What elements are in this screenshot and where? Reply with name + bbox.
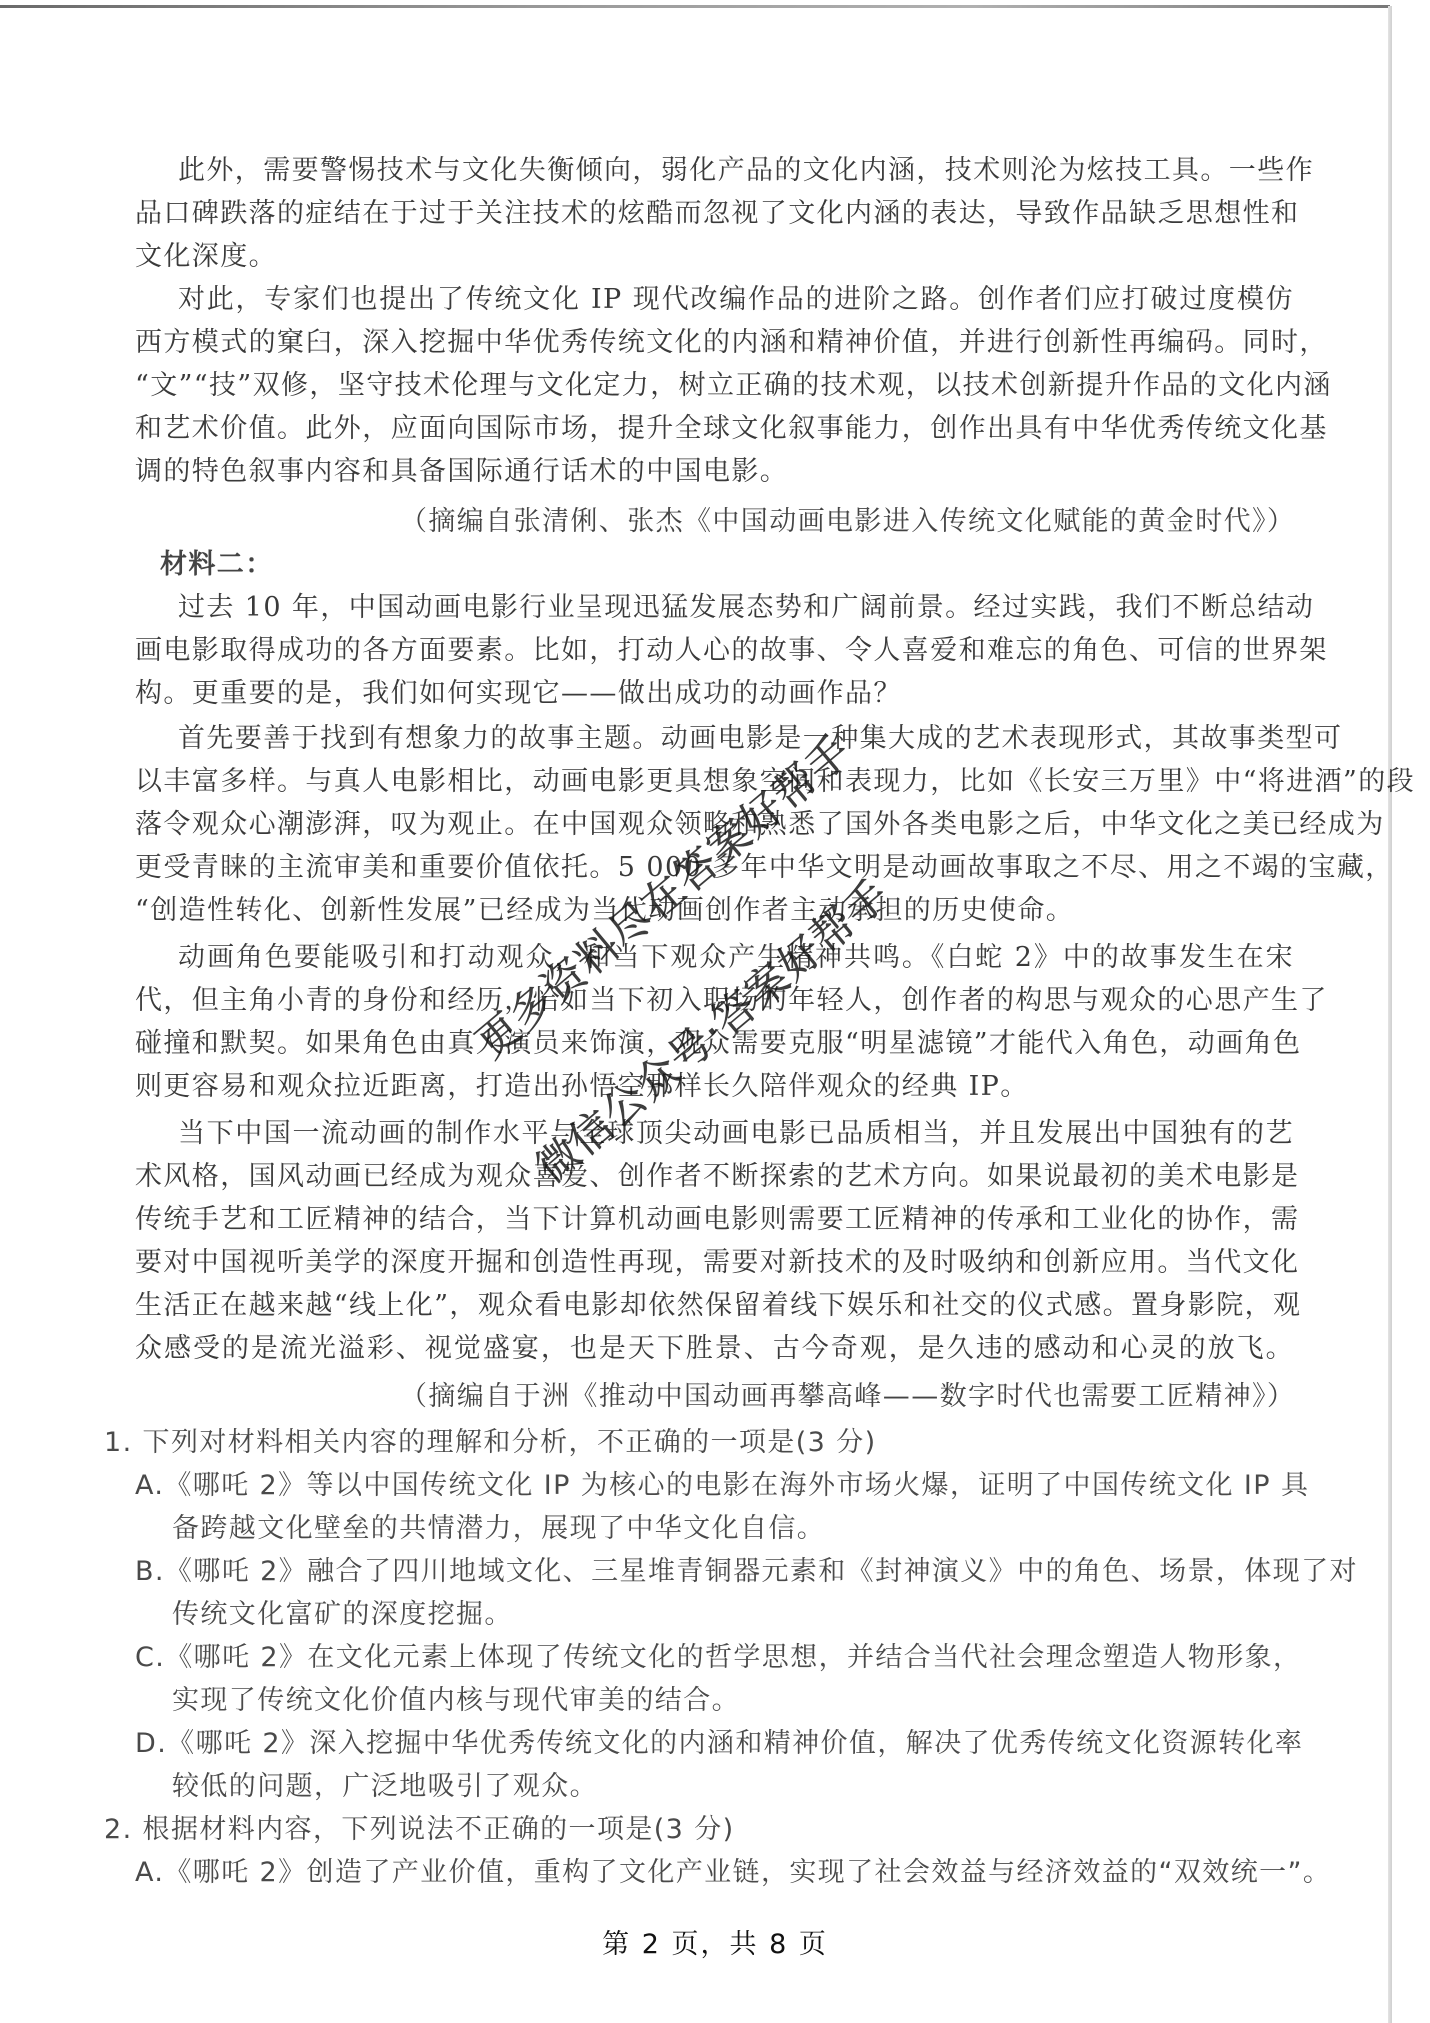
paragraph-line: 调的特色叙事内容和具备国际通行话术的中国电影。	[135, 455, 788, 489]
paragraph-line: 生活正在越来越“线上化”，观众看电影却依然保留着线下娱乐和社交的仪式感。置身影院…	[135, 1289, 1294, 1323]
option-c-continued: 实现了传统文化价值内核与现代审美的结合。	[172, 1684, 740, 1718]
option-a: A.《哪吒 2》创造了产业价值，重构了文化产业链，实现了社会效益与经济效益的“双…	[135, 1856, 1294, 1890]
paragraph-line: 对此，专家们也提出了传统文化 IP 现代改编作品的进阶之路。创作者们应打破过度模…	[178, 283, 1294, 317]
source-citation: （摘编自于洲《推动中国动画再攀高峰——数字时代也需要工匠精神》）	[400, 1380, 1294, 1414]
paragraph-line: 则更容易和观众拉近距离，打造出孙悟空那样长久陪伴观众的经典 IP。	[135, 1070, 1029, 1104]
paragraph-line: 此外，需要警惕技术与文化失衡倾向，弱化产品的文化内涵，技术则沦为炫技工具。一些作	[178, 154, 1294, 188]
paragraph-line: 构。更重要的是，我们如何实现它——做出成功的动画作品？	[135, 677, 902, 711]
scan-top-border	[0, 5, 1390, 8]
paragraph-line: 传统手艺和工匠精神的结合，当下计算机动画电影则需要工匠精神的传承和工业化的协作，…	[135, 1203, 1294, 1237]
option-d: D.《哪吒 2》深入挖掘中华优秀传统文化的内涵和精神价值，解决了优秀传统文化资源…	[135, 1727, 1294, 1761]
option-d-continued: 较低的问题，广泛地吸引了观众。	[172, 1770, 598, 1804]
paragraph-line: “文”“技”双修，坚守技术伦理与文化定力，树立正确的技术观，以技术创新提升作品的…	[135, 369, 1294, 403]
exam-page: 此外，需要警惕技术与文化失衡倾向，弱化产品的文化内涵，技术则沦为炫技工具。一些作…	[0, 0, 1430, 2023]
paragraph-line: 画电影取得成功的各方面要素。比如，打动人心的故事、令人喜爱和难忘的角色、可信的世…	[135, 634, 1294, 668]
paragraph-line: 动画角色要能吸引和打动观众，和当下观众产生精神共鸣。《白蛇 2》中的故事发生在宋	[178, 941, 1294, 975]
paragraph-line: 术风格，国风动画已经成为观众喜爱、创作者不断探索的艺术方向。如果说最初的美术电影…	[135, 1160, 1294, 1194]
question-stem: 2. 根据材料内容，下列说法不正确的一项是(3 分)	[104, 1813, 735, 1847]
paragraph-line: 更受青睐的主流审美和重要价值依托。5 000 多年中华文明是动画故事取之不尽、用…	[135, 851, 1294, 885]
option-b: B.《哪吒 2》融合了四川地域文化、三星堆青铜器元素和《封神演义》中的角色、场景…	[135, 1555, 1294, 1589]
paragraph-line: 碰撞和默契。如果角色由真人演员来饰演，观众需要克服“明星滤镜”才能代入角色，动画…	[135, 1027, 1294, 1061]
question-stem: 1. 下列对材料相关内容的理解和分析，不正确的一项是(3 分)	[104, 1426, 877, 1460]
paragraph-line: 当下中国一流动画的制作水平与全球顶尖动画电影已品质相当，并且发展出中国独有的艺	[178, 1117, 1294, 1151]
paragraph-line: 西方模式的窠臼，深入挖掘中华优秀传统文化的内涵和精神价值，并进行创新性再编码。同…	[135, 326, 1294, 360]
section-heading: 材料二：	[160, 548, 274, 582]
paragraph-line: 首先要善于找到有想象力的故事主题。动画电影是一种集大成的艺术表现形式，其故事类型…	[178, 722, 1294, 756]
paragraph-line: 代，但主角小青的身份和经历，恰如当下初入职场的年轻人，创作者的构思与观众的心思产…	[135, 984, 1294, 1018]
source-citation: （摘编自张清俐、张杰《中国动画电影进入传统文化赋能的黄金时代》）	[400, 505, 1294, 539]
option-a: A.《哪吒 2》等以中国传统文化 IP 为核心的电影在海外市场火爆，证明了中国传…	[135, 1469, 1294, 1503]
page-number-footer: 第 2 页，共 8 页	[0, 1922, 1430, 1961]
scan-margin	[1392, 0, 1430, 2023]
paragraph-line: “创造性转化、创新性发展”已经成为当代动画创作者主动承担的历史使命。	[135, 894, 1074, 928]
option-a-continued: 备跨越文化壁垒的共情潜力，展现了中华文化自信。	[172, 1512, 825, 1546]
paragraph-line: 品口碑跌落的症结在于过于关注技术的炫酷而忽视了文化内涵的表达，导致作品缺乏思想性…	[135, 197, 1294, 231]
option-c: C.《哪吒 2》在文化元素上体现了传统文化的哲学思想，并结合当代社会理念塑造人物…	[135, 1641, 1294, 1675]
paragraph-line: 和艺术价值。此外，应面向国际市场，提升全球文化叙事能力，创作出具有中华优秀传统文…	[135, 412, 1294, 446]
paragraph-line: 文化深度。	[135, 240, 277, 274]
paragraph-line: 要对中国视听美学的深度开掘和创造性再现，需要对新技术的及时吸纳和创新应用。当代文…	[135, 1246, 1294, 1280]
paragraph-line: 过去 10 年，中国动画电影行业呈现迅猛发展态势和广阔前景。经过实践，我们不断总…	[178, 591, 1294, 625]
paragraph-line: 落令观众心潮澎湃，叹为观止。在中国观众领略和熟悉了国外各类电影之后，中华文化之美…	[135, 808, 1294, 842]
option-b-continued: 传统文化富矿的深度挖掘。	[172, 1598, 513, 1632]
paragraph-line: 以丰富多样。与真人电影相比，动画电影更具想象空间和表现力，比如《长安三万里》中“…	[135, 765, 1294, 799]
paragraph-line: 众感受的是流光溢彩、视觉盛宴，也是天下胜景、古今奇观，是久违的感动和心灵的放飞。	[135, 1332, 1294, 1366]
